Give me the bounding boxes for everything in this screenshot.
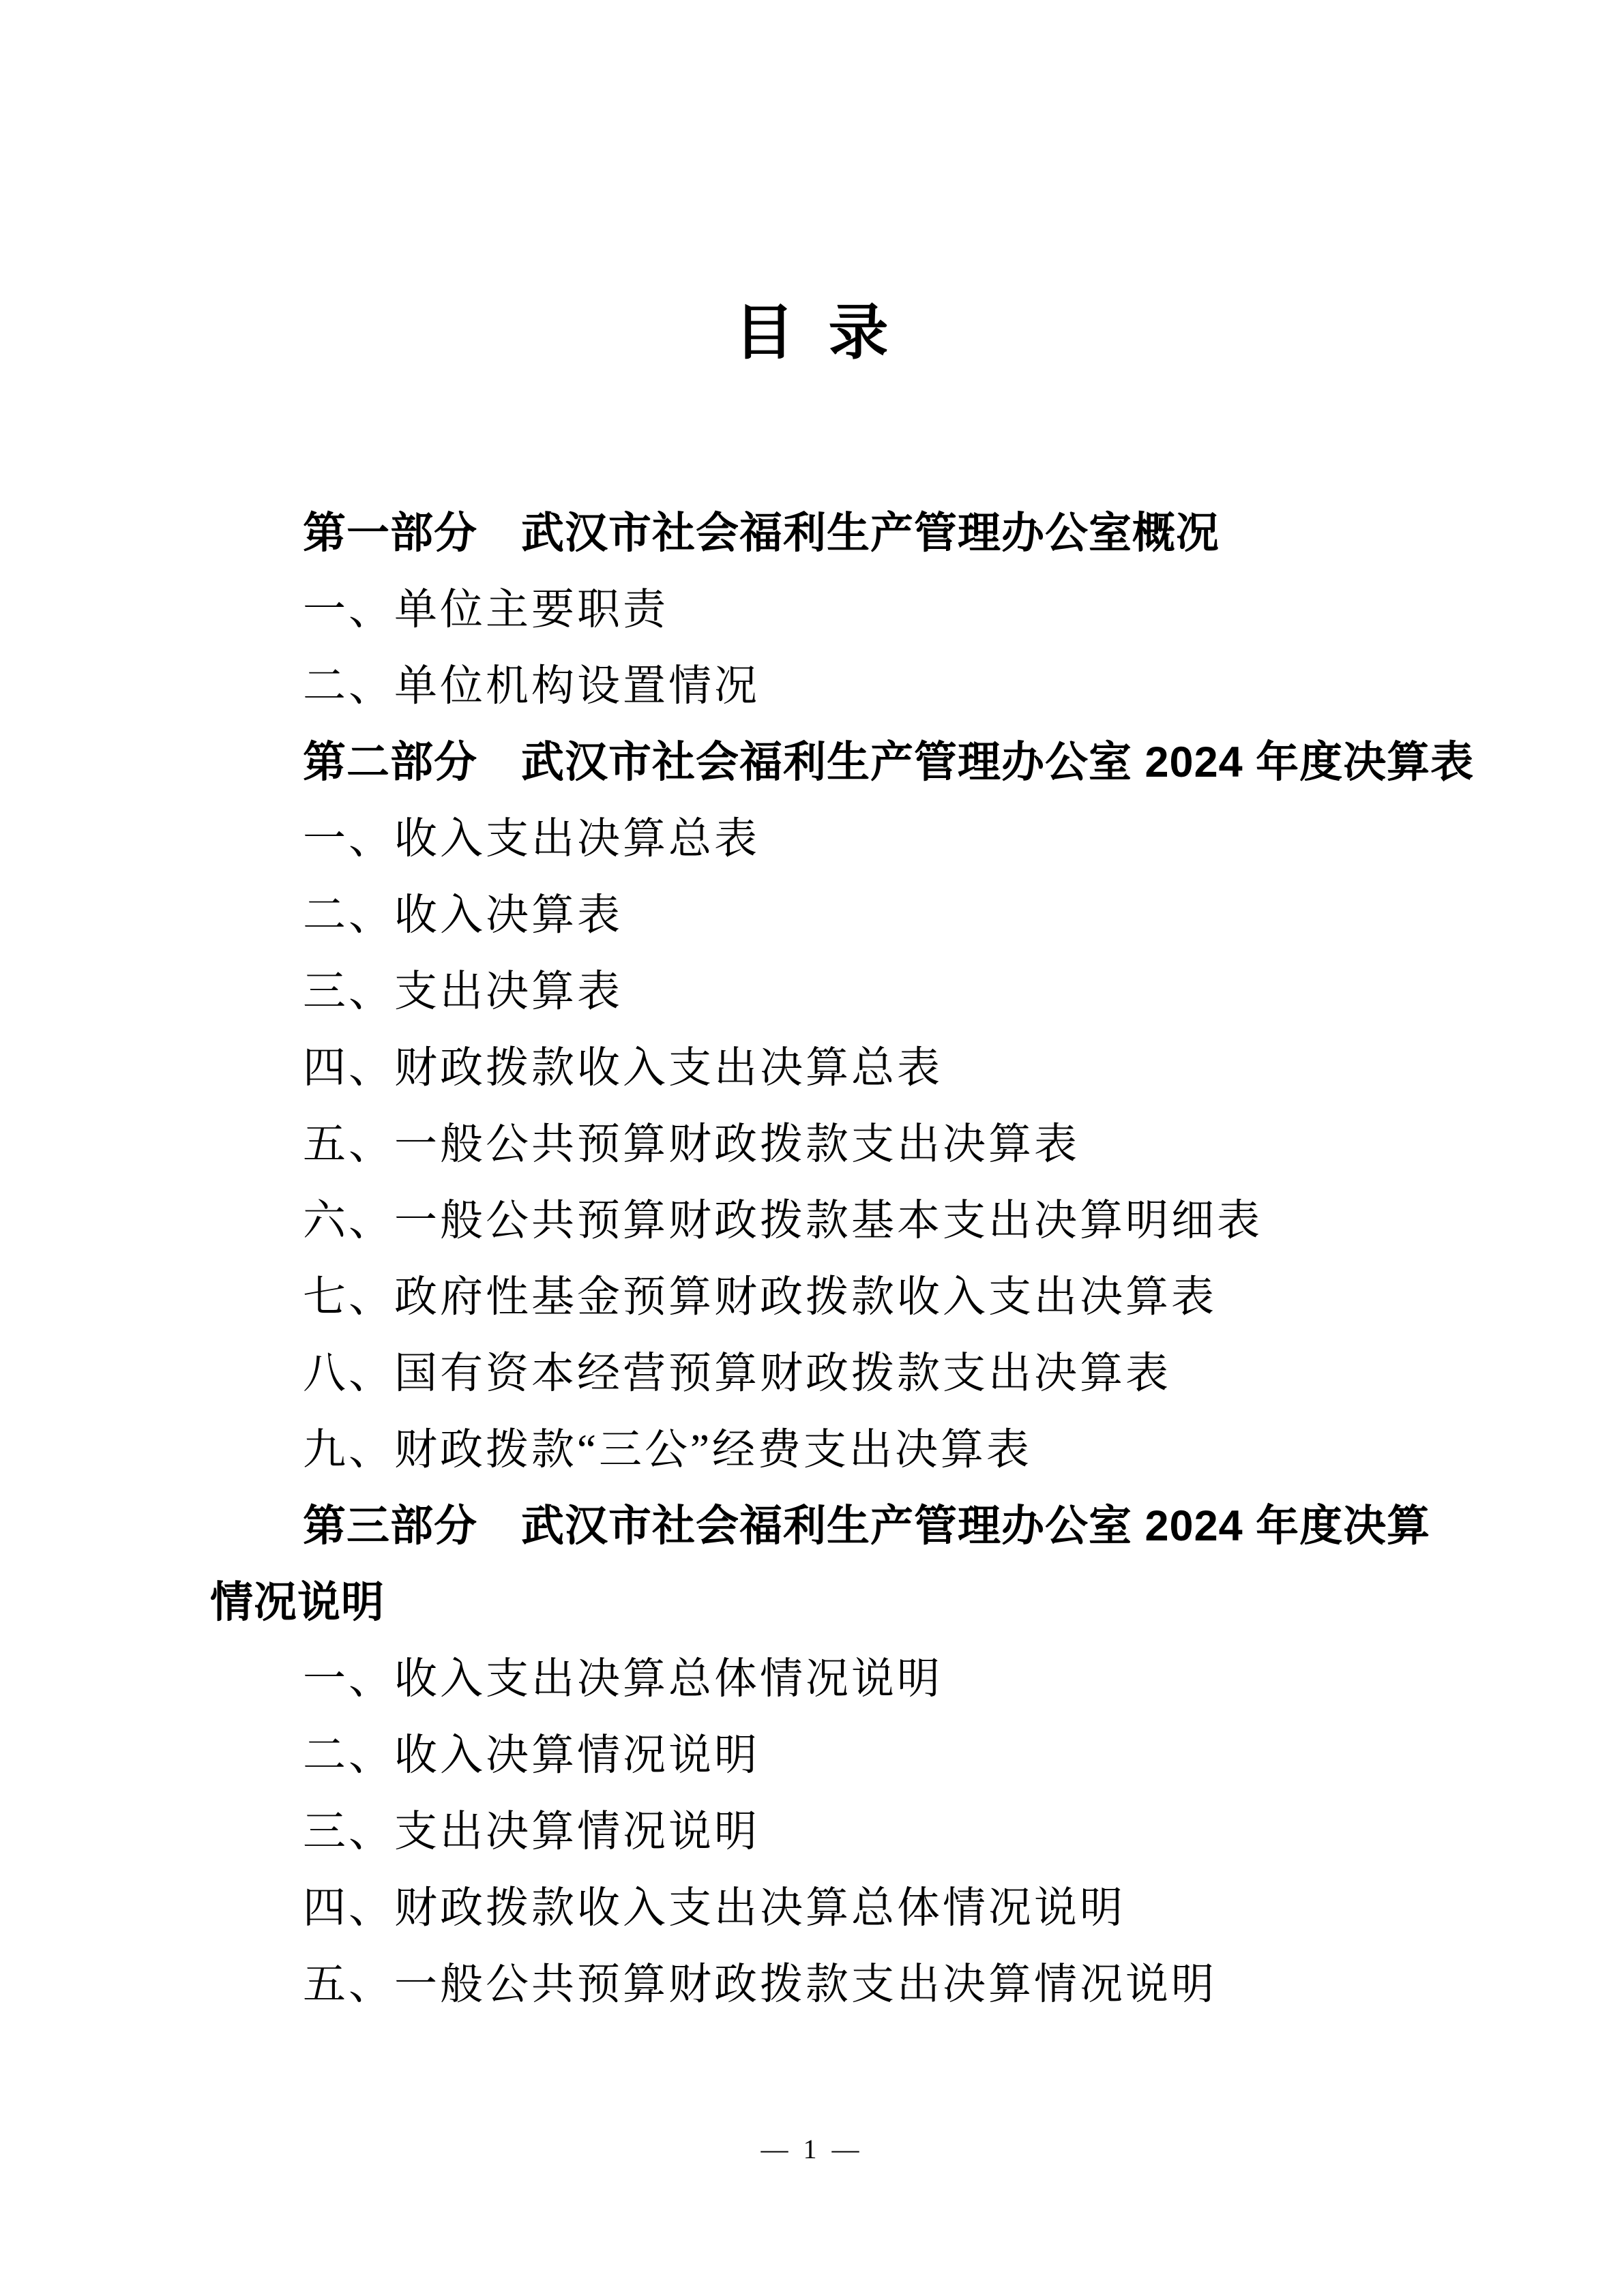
toc-item: 二、单位机构设置情况 xyxy=(210,648,1430,724)
toc-item: 一、收入支出决算总体情况说明 xyxy=(210,1641,1430,1717)
document-page: 目 录 第一部分 武汉市社会福利生产管理办公室概况一、单位主要职责二、单位机构设… xyxy=(0,0,1624,2296)
toc-item: 八、国有资本经营预算财政拨款支出决算表 xyxy=(210,1335,1430,1412)
toc-section-heading: 第一部分 武汉市社会福利生产管理办公室概况 xyxy=(210,495,1430,571)
toc-section-heading: 情况说明 xyxy=(210,1564,1430,1641)
toc-item: 五、一般公共预算财政拨款支出决算表 xyxy=(210,1106,1430,1182)
toc-item: 九、财政拨款“三公”经费支出决算表 xyxy=(210,1412,1430,1488)
toc-section-heading: 第三部分 武汉市社会福利生产管理办公室 2024 年度决算 xyxy=(210,1488,1430,1564)
toc-item: 七、政府性基金预算财政拨款收入支出决算表 xyxy=(210,1259,1430,1335)
toc-item: 三、支出决算情况说明 xyxy=(210,1793,1430,1870)
toc-item: 六、一般公共预算财政拨款基本支出决算明细表 xyxy=(210,1182,1430,1259)
toc-section-heading: 第二部分 武汉市社会福利生产管理办公室 2024 年度决算表 xyxy=(210,724,1430,801)
toc-item: 一、收入支出决算总表 xyxy=(210,801,1430,877)
toc-item: 二、收入决算情况说明 xyxy=(210,1717,1430,1793)
toc-item: 二、收入决算表 xyxy=(210,877,1430,953)
toc-item: 五、一般公共预算财政拨款支出决算情况说明 xyxy=(210,1946,1430,2023)
toc-item: 四、财政拨款收入支出决算总体情况说明 xyxy=(210,1870,1430,1946)
toc-item: 三、支出决算表 xyxy=(210,953,1430,1030)
page-title: 目 录 xyxy=(0,300,1624,368)
toc-item: 四、财政拨款收入支出决算总表 xyxy=(210,1030,1430,1106)
page-number: — 1 — xyxy=(761,2134,863,2164)
toc-item: 一、单位主要职责 xyxy=(210,571,1430,648)
page-footer: — 1 — xyxy=(0,2133,1624,2166)
table-of-contents: 第一部分 武汉市社会福利生产管理办公室概况一、单位主要职责二、单位机构设置情况第… xyxy=(210,495,1430,2023)
